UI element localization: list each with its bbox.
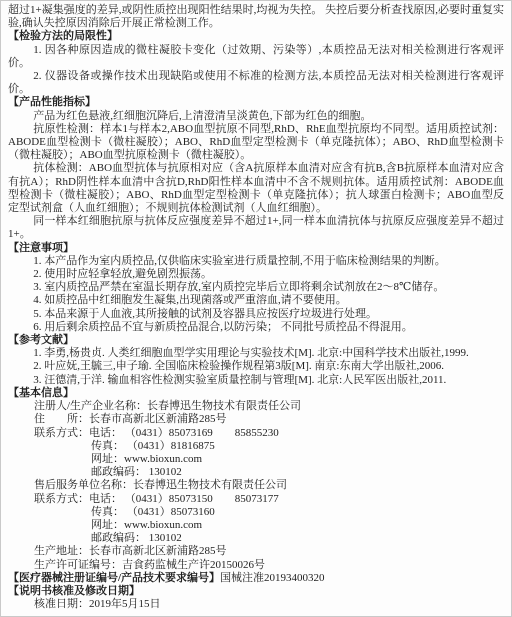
info-registrant-name: 注册人/生产企业名称：长春博迅生物技术有限责任公司 xyxy=(8,400,504,413)
registration-number-value: 国械注准20193400320 xyxy=(220,572,325,584)
section-heading-references: 【参考文献】 xyxy=(8,334,504,347)
precautions-item-6: 6. 用后剩余质控品不宜与新质控品混合,以防污染； 不同批号质控品不得混用。 xyxy=(8,321,504,334)
info-aftersales-name: 售后服务单位名称：长春博迅生物技术有限责任公司 xyxy=(8,479,504,492)
section-heading-performance: 【产品性能指标】 xyxy=(8,96,504,109)
section-heading-registration: 【医疗器械注册证编号/产品技术要求编号】 xyxy=(8,572,220,584)
info-registrant-address: 住 所：长春市高新北区新浦路285号 xyxy=(8,413,504,426)
info-production-address: 生产地址：长春市高新北区新浦路285号 xyxy=(8,545,504,558)
performance-paragraph-antibody: 抗体检测：ABO血型抗体与抗原相对应（含A抗原样本血清对应含有抗B,含B抗原样本… xyxy=(8,162,504,215)
section-heading-precautions: 【注意事项】 xyxy=(8,242,504,255)
precautions-item-4: 4. 如质控品中红细胞发生凝集,出现菌落或严重溶血,请不要使用。 xyxy=(8,294,504,307)
info-contact-postcode: 邮政编码： 130102 xyxy=(8,466,504,479)
precautions-item-2: 2. 使用时应轻拿轻放,避免剧烈振荡。 xyxy=(8,268,504,281)
performance-paragraph-antigen: 抗原性检测：样本1与样本2,ABO血型抗原不同型,RhD、RhE血型抗原均不同型… xyxy=(8,123,504,163)
document-page: 超过1+凝集强度的差异,或阴性质控出现阳性结果时,均视为失控。 失控后要分析查找… xyxy=(0,0,512,617)
section-heading-basic-info: 【基本信息】 xyxy=(8,387,504,400)
approval-date-line: 核准日期：2019年5月15日 xyxy=(8,598,504,611)
info-aftersales-phone: 联系方式：电话： （0431）85073150 85073177 xyxy=(8,493,504,506)
reference-item-3: 3. 汪德清,于洋. 输血相容性检测实验室质量控制与管理[M]. 北京:人民军医… xyxy=(8,374,504,387)
performance-paragraph-consistency: 同一样本红细胞抗原与抗体反应强度差异不超过1+,同一样本血清抗体与抗原反应强度差… xyxy=(8,215,504,241)
reference-item-1: 1. 李勇,杨贵贞. 人类红细胞血型学实用理论与实验技术[M]. 北京:中国科学… xyxy=(8,347,504,360)
info-production-license: 生产许可证编号：吉食药监械生产许20150026号 xyxy=(8,559,504,572)
info-aftersales-postcode: 邮政编码： 130102 xyxy=(8,532,504,545)
reference-item-2: 2. 叶应妩,王毓三,申子瑜. 全国临床检验操作规程第3版[M]. 南京:东南大… xyxy=(8,360,504,373)
section-heading-limitations: 【检验方法的局限性】 xyxy=(8,30,504,43)
info-aftersales-website: 网址：www.bioxun.com xyxy=(8,519,504,532)
limitations-item-1: 1. 因各种原因造成的微柱凝胶卡变化（过效期、污染等）,本质控品无法对相关检测进… xyxy=(8,44,504,70)
precautions-item-3: 3. 室内质控品严禁在室温长期存放,室内质控完毕后立即将剩余试剂放在2～8℃储存… xyxy=(8,281,504,294)
precautions-item-1: 1. 本产品作为室内质控品,仅供临床实验室进行质量控制,不用于临床检测结果的判断… xyxy=(8,255,504,268)
info-contact-fax: 传真： （0431）81816875 xyxy=(8,440,504,453)
registration-number-line: 【医疗器械注册证编号/产品技术要求编号】国械注准20193400320 xyxy=(8,572,504,585)
info-aftersales-fax: 传真： （0431）85073160 xyxy=(8,506,504,519)
section-heading-approval: 【说明书核准及修改日期】 xyxy=(8,585,504,598)
info-contact-website: 网址：www.bioxun.com xyxy=(8,453,504,466)
leading-paragraph: 超过1+凝集强度的差异,或阴性质控出现阳性结果时,均视为失控。 失控后要分析查找… xyxy=(8,4,504,30)
precautions-item-5: 5. 本品来源于人血液,其所接触的试剂及容器具应按医疗垃圾进行处理。 xyxy=(8,308,504,321)
info-contact-phone: 联系方式：电话： （0431）85073169 85855230 xyxy=(8,427,504,440)
performance-paragraph-appearance: 产品为红色悬液,红细胞沉降后,上清澄清呈淡黄色,下部为红色的细胞。 xyxy=(8,110,504,123)
limitations-item-2: 2. 仪器设备或操作技术出现缺陷或使用不标准的检测方法,本质控品无法对相关检测进… xyxy=(8,70,504,96)
